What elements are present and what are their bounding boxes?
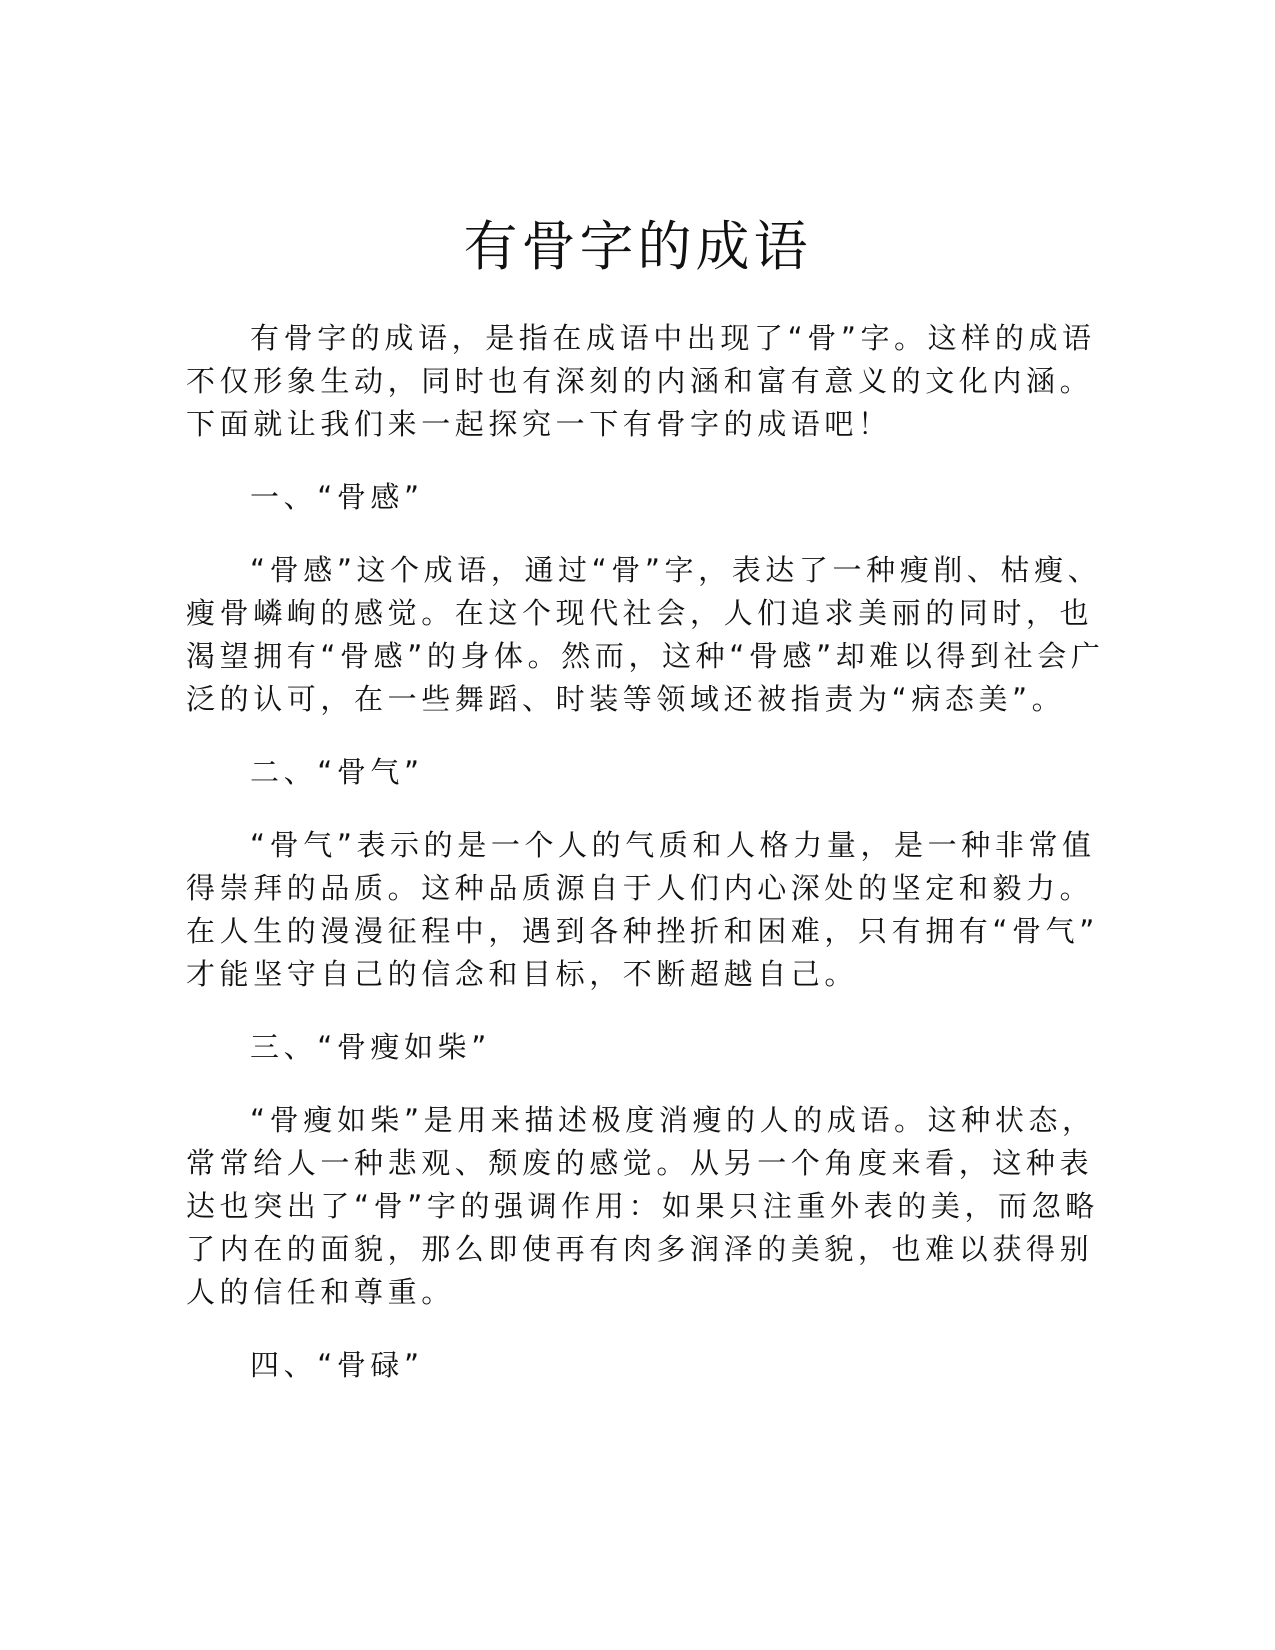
section-line: 才能坚守自己的信念和目标，不断超越自己。 — [186, 954, 1086, 994]
section-line: 达也突出了“骨”字的强调作用：如果只注重外表的美，而忽略 — [186, 1186, 1086, 1226]
section-line: 人的信任和尊重。 — [186, 1272, 1086, 1312]
section-heading: 四、“骨碌” — [250, 1345, 1150, 1385]
intro-line: 有骨字的成语，是指在成语中出现了“骨”字。这样的成语 — [250, 318, 1150, 358]
section-line: “骨瘦如柴”是用来描述极度消瘦的人的成语。这种状态， — [250, 1100, 1150, 1140]
section-line: 在人生的漫漫征程中，遇到各种挫折和困难，只有拥有“骨气” — [186, 911, 1086, 951]
document-page: 有骨字的成语 有骨字的成语，是指在成语中出现了“骨”字。这样的成语 不仅形象生动… — [0, 0, 1275, 1650]
intro-line: 下面就让我们来一起探究一下有骨字的成语吧！ — [186, 404, 1086, 444]
document-title: 有骨字的成语 — [0, 212, 1275, 282]
section-line: “骨感”这个成语，通过“骨”字，表达了一种瘦削、枯瘦、 — [250, 550, 1150, 590]
section-line: 常常给人一种悲观、颓废的感觉。从另一个角度来看，这种表 — [186, 1143, 1086, 1183]
section-heading: 二、“骨气” — [250, 752, 1150, 792]
section-line: 了内在的面貌，那么即使再有肉多润泽的美貌，也难以获得别 — [186, 1229, 1086, 1269]
section-line: “骨气”表示的是一个人的气质和人格力量，是一种非常值 — [250, 825, 1150, 865]
section-heading: 三、“骨瘦如柴” — [250, 1027, 1150, 1067]
intro-line: 不仅形象生动，同时也有深刻的内涵和富有意义的文化内涵。 — [186, 361, 1086, 401]
section-line: 瘦骨嶙峋的感觉。在这个现代社会，人们追求美丽的同时，也 — [186, 593, 1086, 633]
section-line: 得崇拜的品质。这种品质源自于人们内心深处的坚定和毅力。 — [186, 868, 1086, 908]
section-line: 泛的认可，在一些舞蹈、时装等领域还被指责为“病态美”。 — [186, 679, 1086, 719]
section-line: 渴望拥有“骨感”的身体。然而，这种“骨感”却难以得到社会广 — [186, 636, 1086, 676]
section-heading: 一、“骨感” — [250, 477, 1150, 517]
